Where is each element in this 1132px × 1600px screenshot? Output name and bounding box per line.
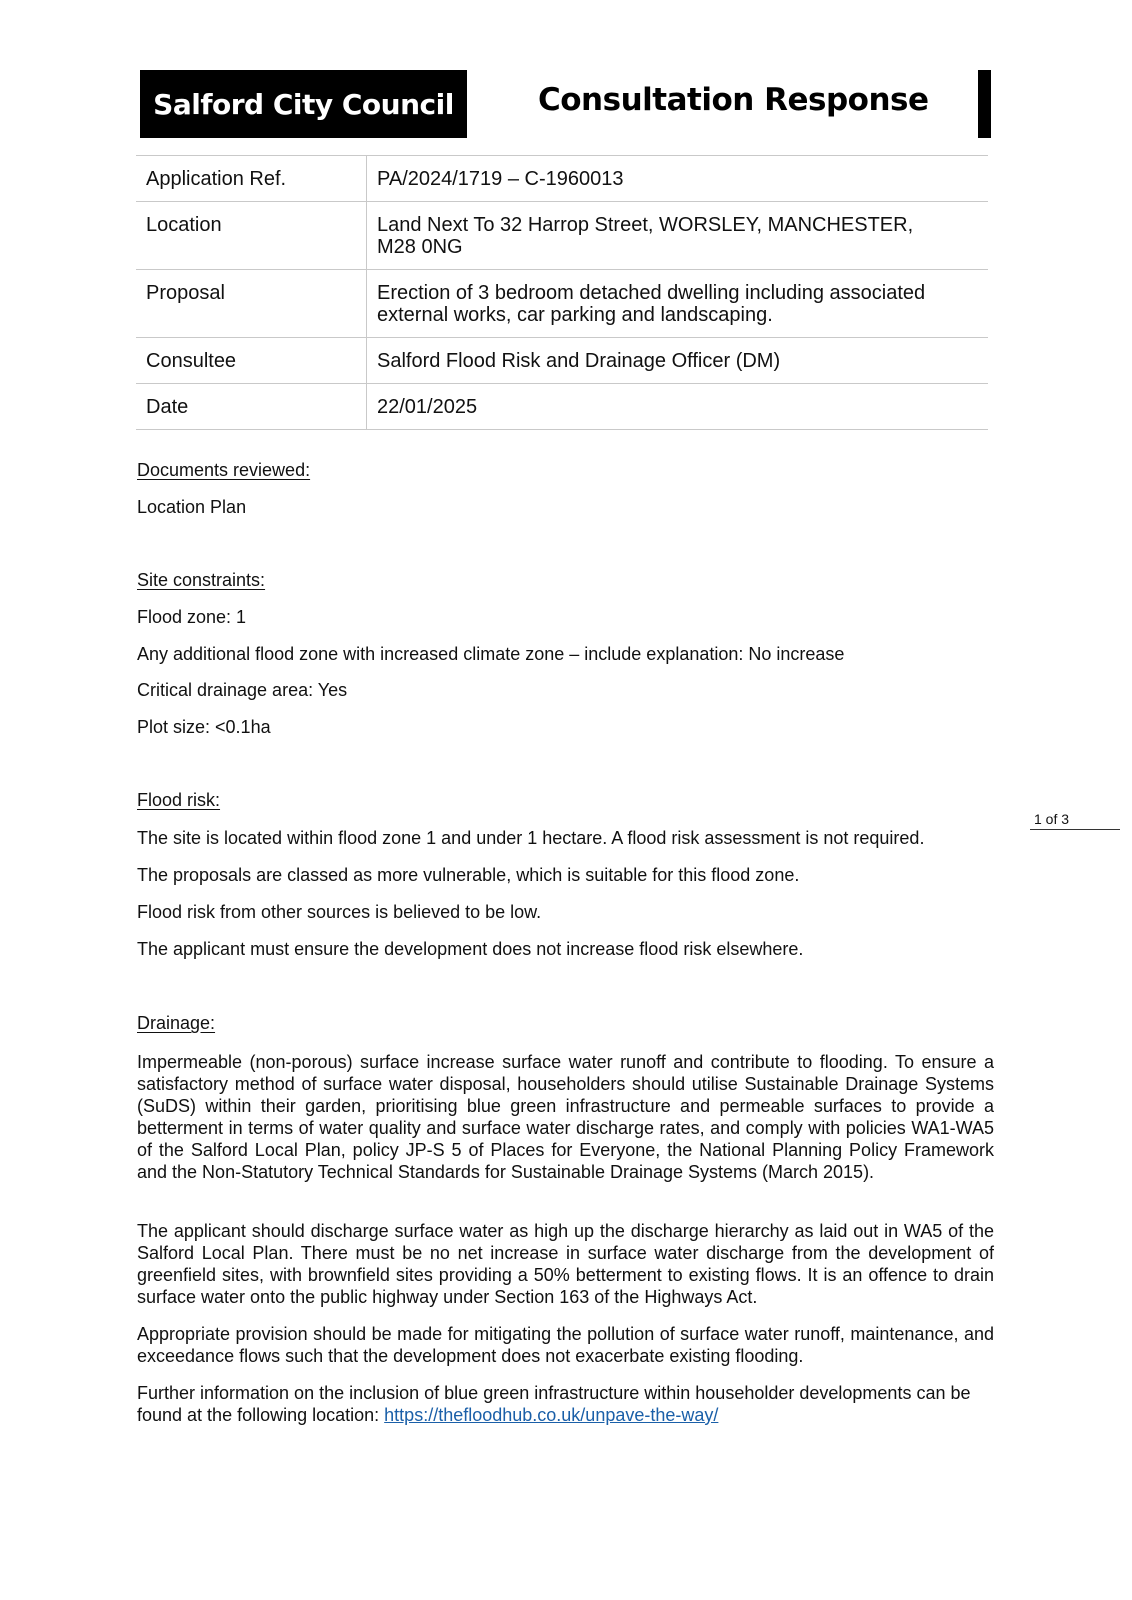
page-indicator: 1 of 3 xyxy=(1034,811,1069,827)
header-accent-bar xyxy=(978,70,991,138)
site-constraints-heading: Site constraints: xyxy=(137,570,265,591)
documents-reviewed-item: Location Plan xyxy=(137,497,246,518)
row-label-location: Location xyxy=(136,202,367,270)
flood-risk-statement: The site is located within flood zone 1 … xyxy=(137,828,924,849)
unpave-the-way-link[interactable]: https://thefloodhub.co.uk/unpave-the-way… xyxy=(384,1405,718,1425)
page-indicator-rule xyxy=(1030,829,1120,830)
table-row: Date 22/01/2025 xyxy=(136,384,988,430)
site-constraint-plot-size: Plot size: <0.1ha xyxy=(137,717,271,738)
document-title: Consultation Response xyxy=(538,82,929,118)
council-logo: Salford City Council xyxy=(140,70,467,138)
row-label-consultee: Consultee xyxy=(136,338,367,384)
row-value-location: Land Next To 32 Harrop Street, WORSLEY, … xyxy=(367,202,989,270)
drainage-paragraph: Impermeable (non-porous) surface increas… xyxy=(137,1051,994,1183)
council-name: Salford City Council xyxy=(153,88,454,121)
row-value-date: 22/01/2025 xyxy=(367,384,989,430)
row-label-application-ref: Application Ref. xyxy=(136,156,367,202)
table-row: Application Ref. PA/2024/1719 – C-196001… xyxy=(136,156,988,202)
table-row: Consultee Salford Flood Risk and Drainag… xyxy=(136,338,988,384)
site-constraint-climate-zone: Any additional flood zone with increased… xyxy=(137,644,844,665)
application-details-table: Application Ref. PA/2024/1719 – C-196001… xyxy=(136,155,988,430)
drainage-paragraph: The applicant should discharge surface w… xyxy=(137,1220,994,1308)
flood-risk-statement: The proposals are classed as more vulner… xyxy=(137,865,799,886)
flood-risk-statement: Flood risk from other sources is believe… xyxy=(137,902,541,923)
flood-risk-statement: The applicant must ensure the developmen… xyxy=(137,939,803,960)
drainage-further-info: Further information on the inclusion of … xyxy=(137,1382,994,1426)
row-value-application-ref: PA/2024/1719 – C-1960013 xyxy=(367,156,989,202)
drainage-paragraph: Appropriate provision should be made for… xyxy=(137,1323,994,1367)
row-label-proposal: Proposal xyxy=(136,270,367,338)
documents-reviewed-heading: Documents reviewed: xyxy=(137,460,310,481)
table-row: Location Land Next To 32 Harrop Street, … xyxy=(136,202,988,270)
row-value-consultee: Salford Flood Risk and Drainage Officer … xyxy=(367,338,989,384)
row-label-date: Date xyxy=(136,384,367,430)
site-constraint-critical-drainage: Critical drainage area: Yes xyxy=(137,680,347,701)
row-value-proposal: Erection of 3 bedroom detached dwelling … xyxy=(367,270,989,338)
drainage-heading: Drainage: xyxy=(137,1013,215,1034)
table-row: Proposal Erection of 3 bedroom detached … xyxy=(136,270,988,338)
site-constraint-flood-zone: Flood zone: 1 xyxy=(137,607,246,628)
flood-risk-heading: Flood risk: xyxy=(137,790,220,811)
